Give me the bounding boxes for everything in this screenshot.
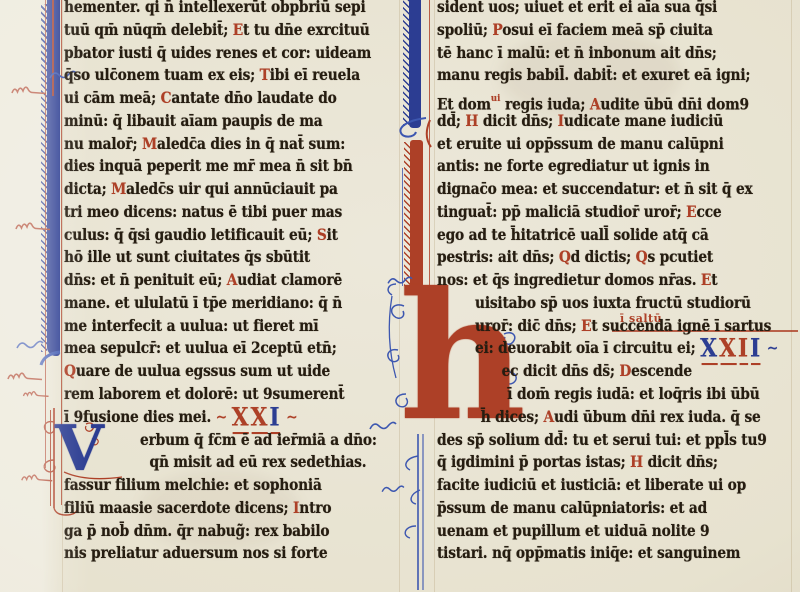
text-line: erbum q̄ fc̄m ē ad ier̄miā a dn̄o:	[64, 429, 387, 454]
text-line: pestris: ait dn̄s; Qd dictis; Qs pcutiet	[437, 246, 775, 271]
left-margin-bar	[47, 0, 60, 356]
bar-foot-curl-icon	[38, 350, 64, 370]
text-line: tuū qm̄ nūqm̄ delebit̄; Et tu dn̄e exrci…	[64, 19, 387, 44]
text-line: ī 9fusione dies mei. ∼ XXI ∼	[64, 406, 387, 431]
text-line: hementer. qi n̄ intellexerūt obpbriū sep…	[64, 0, 387, 21]
divider-bar-blue	[409, 0, 421, 128]
text-line: antis: ne forte egrediatur ut ignis in	[437, 155, 775, 180]
text-line: filiū maasie sacerdote dicens; Intro	[64, 497, 387, 522]
text-line: des sp̄ solium dd̄: tu et serui tui: et …	[437, 429, 775, 454]
text-line: ego ad te h̄itatricē uall̄ solide atq̄ c…	[437, 224, 775, 249]
right-column: sident uos; uiuet et erit ei aīa sua q̄s…	[437, 0, 793, 566]
text-line: et eruite ui opp̄ssum de manu calūpni	[437, 133, 775, 158]
text-line: q̄so ulc̄onem tuam ex eis; Tibi eī reuel…	[64, 64, 387, 89]
text-line: manu regis babil̄. dabit̄: et exuret eā …	[437, 64, 775, 89]
text-line: uenam et pupillum et uiduā nolite 9	[437, 520, 775, 545]
text-line: ga p̄ nob̄ dn̄m. q̄r nabug̃: rex babilo	[64, 520, 387, 545]
text-line: mane. et ululatū ī tp̄e meridiano: q̄ n̄	[64, 292, 387, 317]
text-line: ī dom̄ regis iudā: et loq̄ris ibi ūbū	[437, 383, 775, 408]
text-line: hō ille ut sunt ciuitates q̄s sbūtit	[64, 246, 387, 271]
cue-mark-icon	[10, 84, 48, 98]
text-line: tri meo dicens: natus ē tibi puer mas	[64, 201, 387, 226]
text-line: ei: deuorabit oīa ī circuitu ei; XXII ∼	[437, 337, 775, 362]
cue-mark-icon	[6, 370, 44, 384]
text-line: mea sepulcr̄: et uulua eī 2ceptū etn̄;	[64, 337, 387, 362]
text-line: spoliū; Posui eī faciem meā sp̄ ciuita	[437, 19, 775, 44]
text-line: ui cām meā; Cantate dn̄o laudate do	[64, 87, 387, 112]
text-line: dicta; Maledc̄s uir qui annūciauit pa	[64, 178, 387, 203]
text-line: culus: q̄ q̄si gaudio letificauit eū; Si…	[64, 224, 387, 249]
text-line: ec dicit dn̄s ds̄; Descende	[437, 360, 775, 385]
text-line: dn̄s: et n̄ penituit eū; Audiat clamorē	[64, 269, 387, 294]
text-line: tē hanc ī malū: et n̄ inbonum ait dn̄s;	[437, 42, 775, 67]
text-line: nu malor̄; Maledc̄a dies in q̄ nat̄ sum:	[64, 133, 387, 158]
text-line: dignac̄o mea: et succendatur: et n̄ sit …	[437, 178, 775, 203]
text-line: nis preliatur aduersum nos si forte	[64, 542, 387, 567]
text-line: me interfecit a uulua: ut fieret mī	[64, 315, 387, 340]
text-line: q̄ igdimini p̄ portas istas; H dicit dn̄…	[437, 451, 775, 476]
wave-mark-icon	[14, 340, 46, 352]
text-line: Quare de uulua egssus sum ut uide	[64, 360, 387, 385]
cue-mark-icon	[22, 389, 50, 400]
text-line: dies inquā peperit me mr̄ mea n̄ sit bn̄	[64, 155, 387, 180]
text-line: tistari. nq̄ opp̄matis iniq̄e: et sangui…	[437, 542, 775, 567]
text-line: minū: q̄ libauit aīam paupis de ma	[64, 110, 387, 135]
text-line: nos: et q̄s ingredietur domos nr̄as. Et	[437, 269, 775, 294]
text-line: p̄ssum de manu calūpniatoris: et ad	[437, 497, 775, 522]
text-line: sident uos; uiuet et erit ei aīa sua q̄s…	[437, 0, 775, 21]
text-line: facite iudiciū et iusticiā: et liberate …	[437, 474, 775, 499]
left-column: hementer. qi n̄ intellexerūt obpbriū sep…	[64, 0, 404, 566]
text-line: qn̄ misit ad eū rex sedethias.	[64, 451, 387, 476]
text-line: Et domui regis iuda; Audite ūbū dn̄i dom…	[437, 87, 775, 112]
text-line: rem laborem et dolorē: ut 9sumerent̄	[64, 383, 387, 408]
cue-mark-icon	[14, 220, 52, 234]
text-line: h̄ dices; Audi ūbum dn̄i rex iuda. q̄ se	[437, 406, 775, 431]
text-line: uisitabo sp̄ uos iuxta fructū studiorū	[437, 292, 775, 317]
manuscript-page: V h ī saltū hementer. qi n̄ intel	[0, 0, 800, 592]
cue-mark-icon	[20, 472, 54, 485]
text-line: pbator iusti q̄ uides renes et cor: uide…	[64, 42, 387, 67]
text-line: dd̄; H dicit dn̄s; Iudicate mane iudiciū	[437, 110, 775, 135]
text-line: tinguat̄: pp̄ maliciā studior̄ uror̄; Ec…	[437, 201, 775, 226]
text-line: fassur filium melchie: et sophoniā	[64, 474, 387, 499]
